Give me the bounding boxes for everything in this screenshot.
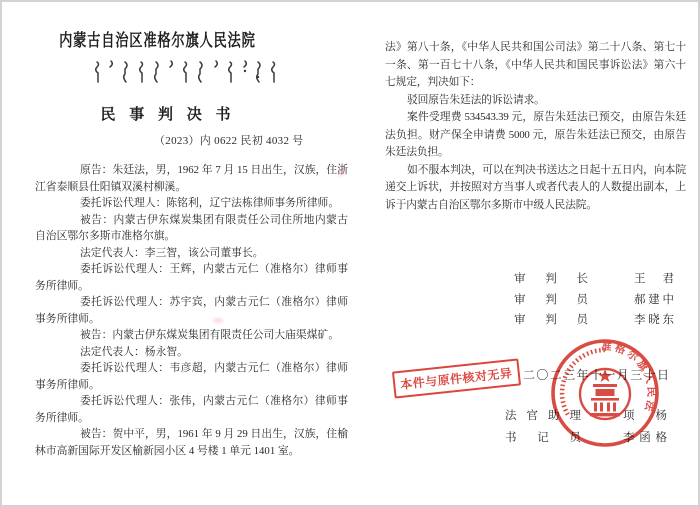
signature-row: 审 判 长王 君 bbox=[514, 270, 674, 291]
paragraph-defendant-2: 被告：内蒙古伊东煤炭集团有限责任公司大庙渠煤矿。 bbox=[35, 327, 348, 344]
judge-title: 审 判 员 bbox=[514, 311, 588, 327]
judge-name: 郝建中 bbox=[634, 291, 674, 307]
civil-judgment-scan: 内蒙古自治区准格尔旗人民法院 bbox=[0, 0, 700, 507]
paragraph-defendant-1: 被告：内蒙古伊东煤炭集团有限责任公司住所地内蒙古自治区鄂尔多斯市准格尔旗。 bbox=[35, 212, 348, 245]
judge-name: 王 君 bbox=[634, 270, 674, 286]
document-title: 民 事 判 决 书 bbox=[0, 103, 338, 124]
judge-title: 审 判 长 bbox=[514, 270, 588, 286]
judgment-section: 法》第八十条，《中华人民共和国公司法》第二十八条、第七十一条、第一百七十八条，《… bbox=[385, 39, 686, 214]
case-number: （2023）内 0622 民初 4032 号 bbox=[154, 132, 304, 148]
court-name: 内蒙古自治区准格尔旗人民法院 bbox=[25, 26, 290, 51]
paragraph-law-citation: 法》第八十条，《中华人民共和国公司法》第二十八条、第七十一条、第一百七十八条，《… bbox=[385, 39, 686, 92]
paragraph-legal-rep-1: 法定代表人：李三智，该公司董事长。 bbox=[35, 245, 348, 262]
paragraph-appeal-notice: 如不服本判决，可以在判决书送达之日起十五日内，向本院递交上诉状，并按照对方当事人… bbox=[385, 162, 686, 215]
paragraph-agent-2: 委托诉讼代理人：王辉，内蒙古元仁（准格尔）律师事务所律师。 bbox=[35, 261, 348, 294]
court-seal-stamp: 准格尔旗人民法院 bbox=[548, 336, 662, 450]
paragraph-agent: 委托诉讼代理人：陈铭利，辽宁法栋律师事务所律师。 bbox=[35, 195, 348, 212]
paragraph-legal-rep-2: 法定代表人：杨永智。 bbox=[35, 344, 348, 361]
judgment-page-1: 内蒙古自治区准格尔旗人民法院 bbox=[10, 2, 358, 507]
verification-stamp: 本件与原件核对无异 bbox=[392, 358, 521, 398]
party-info-section: 原告：朱廷法，男，1962 年 7 月 15 日出生，汉族，住浙江省泰顺县仕阳镇… bbox=[35, 162, 348, 459]
paragraph-fees: 案件受理费 534543.39 元，原告朱廷法已预交，由原告朱廷法负担。财产保全… bbox=[385, 109, 686, 162]
signature-row: 审 判 员李晓东 bbox=[514, 311, 674, 332]
prc-national-emblem-icon bbox=[580, 369, 630, 419]
paragraph-plaintiff: 原告：朱廷法，男，1962 年 7 月 15 日出生，汉族，住浙江省泰顺县仕阳镇… bbox=[35, 162, 348, 195]
paragraph-agent-5: 委托诉讼代理人：张伟，内蒙古元仁（准格尔）律师事务所律师。 bbox=[35, 393, 348, 426]
paragraph-agent-4: 委托诉讼代理人：韦彦超，内蒙古元仁（准格尔）律师事务所律师。 bbox=[35, 360, 348, 393]
signature-block: 审 判 长王 君 审 判 员郝建中 审 判 员李晓东 bbox=[514, 270, 674, 332]
paragraph-ruling: 驳回原告朱廷法的诉讼请求。 bbox=[385, 92, 686, 110]
paragraph-defendant-3: 被告：贺中平，男，1961 年 9 月 29 日出生，汉族，住榆林市高新国际开发… bbox=[35, 426, 348, 459]
mongolian-script-icon bbox=[94, 57, 284, 90]
judge-name: 李晓东 bbox=[634, 311, 674, 327]
paragraph-agent-3: 委托诉讼代理人：苏宇宾，内蒙古元仁（准格尔）律师事务所律师。 bbox=[35, 294, 348, 327]
signature-row: 审 判 员郝建中 bbox=[514, 291, 674, 312]
judge-title: 审 判 员 bbox=[514, 291, 588, 307]
judgment-page-2: 法》第八十条，《中华人民共和国公司法》第二十八条、第七十一条、第一百七十八条，《… bbox=[358, 2, 698, 507]
